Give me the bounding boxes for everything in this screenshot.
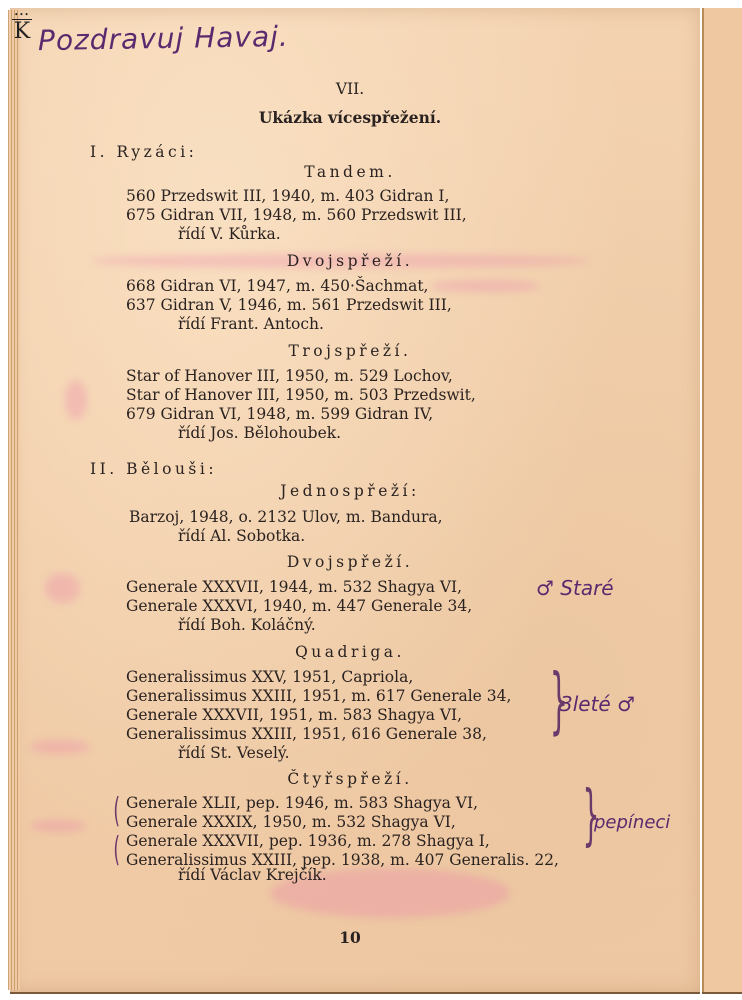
k-logo: ••• K [12, 12, 32, 46]
entry-line: 637 Gidran V, 1946, m. 561 Przedswit III… [126, 296, 452, 314]
driver-line: řídí Jos. Bělohoubek. [178, 424, 341, 442]
entry-line: Star of Hanover III, 1950, m. 503 Przeds… [126, 386, 476, 404]
driver-line: řídí V. Kůrka. [178, 225, 281, 243]
group-title: Dvojspřeží. [0, 553, 700, 571]
entry-line: Generale XXXIX, 1950, m. 532 Shagya VI, [126, 813, 456, 831]
pink-smudge [65, 380, 87, 420]
entry-line: Generale XXXVI, 1940, m. 447 Generale 34… [126, 597, 472, 615]
handwritten-greeting: Pozdravuj Havaj. [38, 20, 289, 57]
entry-line: Generale XXXVII, 1944, m. 532 Shagya VI, [126, 578, 462, 596]
logo-letter: K [12, 20, 32, 44]
handwritten-paren: ( [113, 832, 120, 868]
entry-line: 560 Przedswit III, 1940, m. 403 Gidran I… [126, 187, 449, 205]
entry-line: Generale XXXVII, 1951, m. 583 Shagya VI, [126, 706, 462, 724]
section-heading: II. Bělouši: [90, 460, 217, 478]
entry-line: Generale XXXVII, pep. 1936, m. 278 Shagy… [126, 832, 490, 850]
entry-line: Barzoj, 1948, o. 2132 Ulov, m. Bandura, [129, 508, 443, 526]
handwritten-note-stallions: ♂ Staré [536, 576, 614, 600]
entry-line: Generalissimus XXIII, 1951, m. 617 Gener… [126, 687, 511, 705]
group-title: Quadriga. [0, 643, 700, 661]
page-stack-edge [8, 10, 20, 990]
driver-line: řídí Al. Sobotka. [178, 527, 305, 545]
group-title: Jednospřeží: [0, 482, 700, 500]
driver-line: řídí Frant. Antoch. [178, 315, 324, 333]
pink-smudge [45, 573, 80, 603]
group-title: Tandem. [0, 163, 700, 181]
entry-line: Generalissimus XXIII, 1951, 616 Generale… [126, 725, 487, 743]
group-title: Trojspřeží. [0, 342, 700, 360]
handwritten-paren: ( [113, 793, 120, 829]
entry-line: Generalissimus XXV, 1951, Capriola, [126, 668, 413, 686]
pink-smudge [430, 280, 540, 292]
entry-line: Star of Hanover III, 1950, m. 529 Lochov… [126, 367, 453, 385]
section-heading: I. Ryzáci: [90, 143, 197, 161]
entry-line: 679 Gidran VI, 1948, m. 599 Gidran IV, [126, 405, 433, 423]
pink-smudge [30, 820, 85, 832]
handwritten-note-3yo: 3leté ♂ [560, 692, 635, 716]
group-title: Dvojspřeží. [0, 252, 700, 270]
chapter-number: VII. [0, 80, 700, 98]
entry-line: 668 Gidran VI, 1947, m. 450·Šachmat, [126, 277, 429, 295]
page-number: 10 [0, 928, 700, 947]
handwritten-note-geldings: pepíneci [594, 812, 670, 833]
chapter-title: Ukázka vícespřežení. [0, 108, 700, 127]
driver-line: řídí Václav Krejčík. [178, 866, 327, 884]
pink-smudge [30, 740, 90, 754]
driver-line: řídí Boh. Koláčný. [178, 616, 316, 634]
entry-line: Generale XLII, pep. 1946, m. 583 Shagya … [126, 794, 478, 812]
entry-line: 675 Gidran VII, 1948, m. 560 Przedswit I… [126, 206, 467, 224]
adjacent-page-edge [702, 8, 742, 994]
driver-line: řídí St. Veselý. [178, 744, 290, 762]
